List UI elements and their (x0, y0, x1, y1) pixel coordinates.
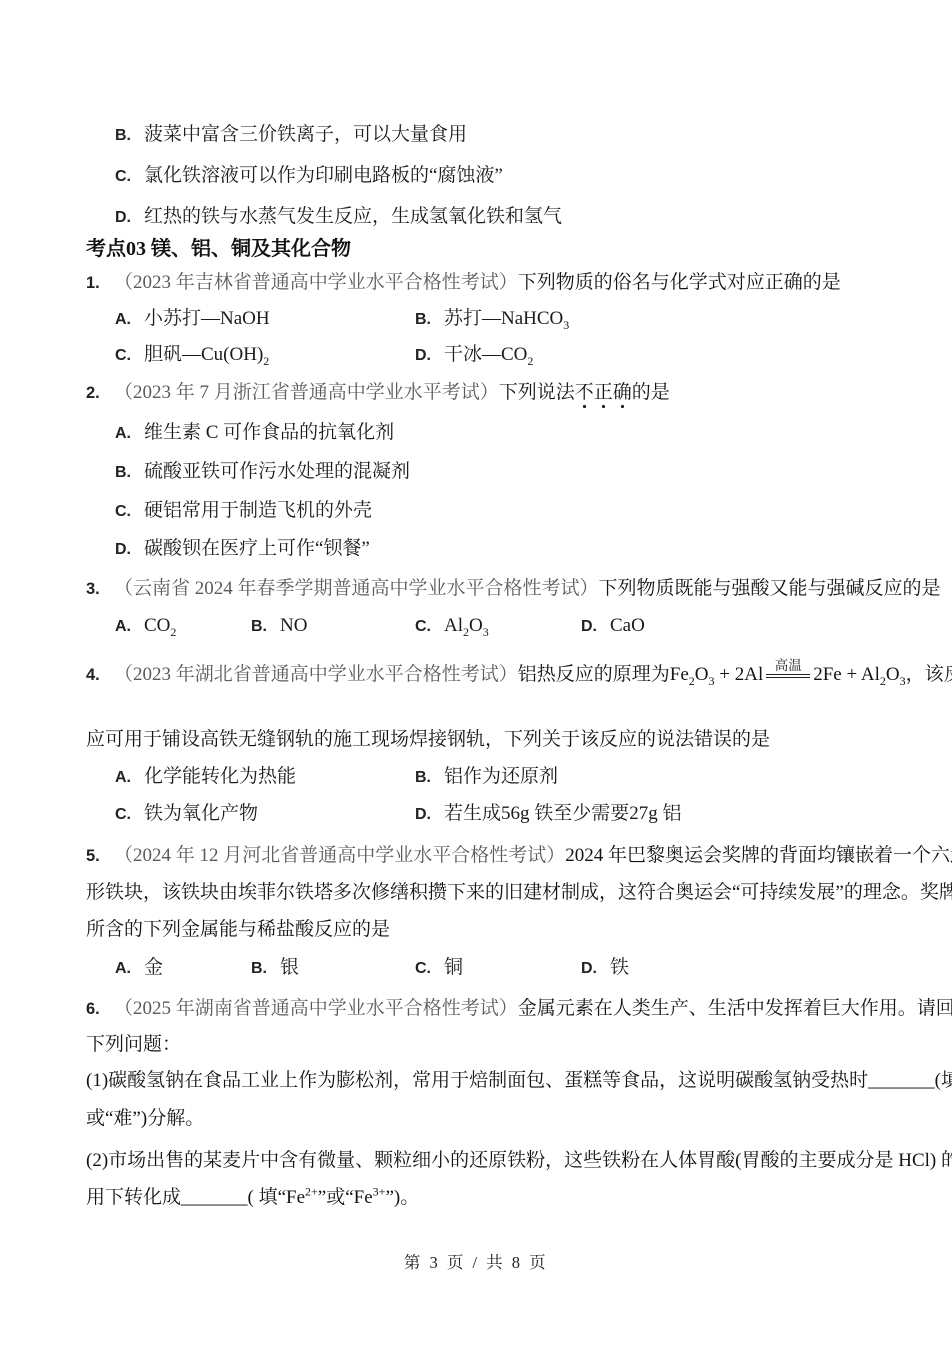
q5-option-a: A.金 (115, 955, 163, 982)
option-text: 红热的铁与水蒸气发生反应，生成氢氧化铁和氢气 (144, 206, 562, 227)
question-text: 的是 (632, 382, 670, 403)
question-2-stem: 2.（2023 年 7 月浙江省普通高中学业水平考试）下列说法不正确的是 (86, 380, 670, 406)
question-text: (2)市场出售的某麦片中含有微量、颗粒细小的还原铁粉，这些铁粉在人体胃酸(胃酸的… (86, 1150, 952, 1171)
q2-option-a: A.维生素 C 可作食品的抗氧化剂 (115, 420, 394, 447)
q6-part2-line-1: (2)市场出售的某麦片中含有微量、颗粒细小的还原铁粉，这些铁粉在人体胃酸(胃酸的… (86, 1148, 952, 1174)
condition-label: 高温 (766, 658, 810, 673)
q4-option-b: B.铝作为还原剂 (415, 764, 558, 791)
option-text: 氯化铁溶液可以作为印刷电路板的“腐蚀液” (144, 165, 503, 186)
question-text: (1)碳酸氢钠在食品工业上作为膨松剂，常用于焙制面包、蛋糕等食品，这说明碳酸氢钠… (86, 1070, 952, 1091)
option-letter: B. (115, 127, 131, 144)
equation-rhs: 2Fe + Al2O3 (813, 664, 905, 685)
q3-option-a: A.CO2 (115, 613, 176, 640)
option-letter: D. (581, 960, 597, 977)
option-text: 胆矾—Cu(OH)2 (144, 344, 269, 365)
equation-lhs: Fe2O3 + 2Al (670, 664, 763, 685)
option-letter: C. (115, 806, 131, 823)
option-text: 铁 (610, 957, 629, 978)
option-letter: A. (115, 425, 131, 442)
question-5-line-2: 形铁块，该铁块由埃菲尔铁塔多次修缮积攒下来的旧建材制成，这符合奥运会“可持续发展… (86, 880, 952, 906)
option-letter: B. (251, 618, 267, 635)
double-bar-icon (766, 674, 810, 678)
question-text: 形铁块，该铁块由埃菲尔铁塔多次修缮积攒下来的旧建材制成，这符合奥运会“可持续发展… (86, 882, 952, 903)
question-text: 或“难”)分解。 (86, 1108, 204, 1129)
q3-option-d: D.CaO (581, 613, 645, 640)
question-source: （云南省 2024 年春季学期普通高中学业水平合格性考试） (114, 578, 599, 599)
question-text: 金属元素在人类生产、生活中发挥着巨大作用。请回答 (518, 998, 952, 1019)
emphasized-text: 不正确 (575, 382, 632, 409)
q6-part1-line-2: 或“难”)分解。 (86, 1106, 204, 1132)
option-letter: A. (115, 769, 131, 786)
question-number: 1. (86, 270, 114, 296)
option-text: 铝作为还原剂 (444, 766, 558, 787)
option-letter: D. (115, 541, 131, 558)
q5-option-c: C.铜 (415, 955, 463, 982)
q2-option-d: D.碳酸钡在医疗上可作“钡餐” (115, 536, 370, 563)
question-source: （2023 年湖北省普通高中学业水平合格性考试） (114, 664, 518, 685)
option-text: 铁为氧化产物 (144, 803, 258, 824)
q4-option-c: C.铁为氧化产物 (115, 801, 258, 828)
option-letter: C. (115, 347, 131, 364)
question-number: 5. (86, 843, 114, 869)
option-letter: B. (415, 311, 431, 328)
question-number: 4. (86, 662, 114, 688)
question-1-stem: 1.（2023 年吉林省普通高中学业水平合格性考试）下列物质的俗名与化学式对应正… (86, 270, 841, 296)
question-source: （2024 年 12 月河北省普通高中学业水平合格性考试） (114, 845, 565, 866)
option-text: 硬铝常用于制造飞机的外壳 (144, 500, 372, 521)
q1-option-d: D.干冰—CO2 (415, 342, 533, 369)
option-letter: C. (115, 503, 131, 520)
section-heading: 考点03 镁、铝、铜及其化合物 (86, 236, 351, 262)
option-letter: A. (115, 960, 131, 977)
option-text: NO (280, 615, 307, 636)
option-letter: D. (415, 806, 431, 823)
option-text: Al2O3 (444, 615, 489, 636)
q1-option-c: C.胆矾—Cu(OH)2 (115, 342, 269, 369)
option-letter: C. (115, 168, 131, 185)
option-letter: D. (115, 209, 131, 226)
q6-part2-line-2: 用下转化成_______( 填“Fe2+”或“Fe3+”)。 (86, 1185, 419, 1211)
option-letter: B. (115, 464, 131, 481)
question-text: ，该反 (906, 664, 952, 685)
question-text: 所含的下列金属能与稀盐酸反应的是 (86, 919, 390, 940)
option-text: CO2 (144, 615, 176, 636)
option-letter: C. (415, 618, 431, 635)
question-text: 下列物质既能与强酸又能与强碱反应的是 (599, 578, 941, 599)
question-text: 下列说法 (499, 382, 575, 403)
option-text: CaO (610, 615, 645, 636)
question-text: 下列物质的俗名与化学式对应正确的是 (518, 272, 841, 293)
q4-option-d: D.若生成56g 铁至少需要27g 铝 (415, 801, 682, 828)
option-text: 银 (280, 957, 299, 978)
question-number: 6. (86, 996, 114, 1022)
q1-option-a: A.小苏打—NaOH (115, 306, 270, 333)
q2-option-c: C.硬铝常用于制造飞机的外壳 (115, 498, 372, 525)
carryover-option-b: B.菠菜中富含三价铁离子，可以大量食用 (115, 122, 467, 149)
option-text: 维生素 C 可作食品的抗氧化剂 (144, 422, 394, 443)
q1-option-b: B.苏打—NaHCO3 (415, 306, 569, 333)
question-4-line-2: 应可用于铺设高铁无缝钢轨的施工现场焊接钢轨，下列关于该反应的说法错误的是 (86, 727, 770, 753)
option-text: 干冰—CO2 (444, 344, 533, 365)
option-text: 菠菜中富含三价铁离子，可以大量食用 (144, 124, 467, 145)
option-letter: B. (415, 769, 431, 786)
option-text: 铜 (444, 957, 463, 978)
reaction-condition-equals: 高温 (766, 658, 810, 678)
option-text: 碳酸钡在医疗上可作“钡餐” (144, 538, 370, 559)
question-number: 3. (86, 576, 114, 602)
question-text: 用下转化成_______( 填“Fe2+”或“Fe3+”)。 (86, 1187, 419, 1208)
q2-option-b: B.硫酸亚铁可作污水处理的混凝剂 (115, 459, 410, 486)
exam-document-page: B.菠菜中富含三价铁离子，可以大量食用 C.氯化铁溶液可以作为印刷电路板的“腐蚀… (0, 0, 952, 1347)
option-text: 苏打—NaHCO3 (444, 308, 569, 329)
question-6-line-2: 下列问题： (86, 1032, 181, 1058)
option-letter: C. (415, 960, 431, 977)
question-5-line-3: 所含的下列金属能与稀盐酸反应的是 (86, 917, 390, 943)
q5-option-d: D.铁 (581, 955, 629, 982)
question-source: （2023 年吉林省普通高中学业水平合格性考试） (114, 272, 518, 293)
q3-option-c: C.Al2O3 (415, 613, 489, 640)
option-letter: A. (115, 311, 131, 328)
option-text: 硫酸亚铁可作污水处理的混凝剂 (144, 461, 410, 482)
option-text: 化学能转化为热能 (144, 766, 296, 787)
question-text: 2024 年巴黎奥运会奖牌的背面均镶嵌着一个六边 (565, 845, 952, 866)
q6-part1-line-1: (1)碳酸氢钠在食品工业上作为膨松剂，常用于焙制面包、蛋糕等食品，这说明碳酸氢钠… (86, 1068, 952, 1094)
page-number-footer: 第 3 页 / 共 8 页 (0, 1249, 952, 1273)
q5-option-b: B.银 (251, 955, 299, 982)
q4-option-a: A.化学能转化为热能 (115, 764, 296, 791)
question-text: 应可用于铺设高铁无缝钢轨的施工现场焊接钢轨，下列关于该反应的说法错误的是 (86, 729, 770, 750)
option-text: 小苏打—NaOH (144, 308, 270, 329)
question-number: 2. (86, 380, 114, 406)
question-source: （2023 年 7 月浙江省普通高中学业水平考试） (114, 382, 499, 403)
carryover-option-d: D.红热的铁与水蒸气发生反应，生成氢氧化铁和氢气 (115, 204, 562, 231)
option-letter: A. (115, 618, 131, 635)
option-letter: D. (415, 347, 431, 364)
carryover-option-c: C.氯化铁溶液可以作为印刷电路板的“腐蚀液” (115, 163, 503, 190)
question-6-line-1: 6.（2025 年湖南省普通高中学业水平合格性考试）金属元素在人类生产、生活中发… (86, 996, 952, 1022)
question-text: 铝热反应的原理为 (518, 664, 670, 685)
option-letter: B. (251, 960, 267, 977)
question-5-line-1: 5.（2024 年 12 月河北省普通高中学业水平合格性考试）2024 年巴黎奥… (86, 843, 952, 869)
question-source: （2025 年湖南省普通高中学业水平合格性考试） (114, 998, 518, 1019)
option-text: 金 (144, 957, 163, 978)
option-text: 若生成56g 铁至少需要27g 铝 (444, 803, 682, 824)
question-text: 下列问题： (86, 1034, 181, 1055)
option-letter: D. (581, 618, 597, 635)
question-4-line-1: 4.（2023 年湖北省普通高中学业水平合格性考试）铝热反应的原理为Fe2O3 … (86, 658, 952, 688)
question-3-stem: 3.（云南省 2024 年春季学期普通高中学业水平合格性考试）下列物质既能与强酸… (86, 576, 941, 602)
q3-option-b: B.NO (251, 613, 307, 640)
